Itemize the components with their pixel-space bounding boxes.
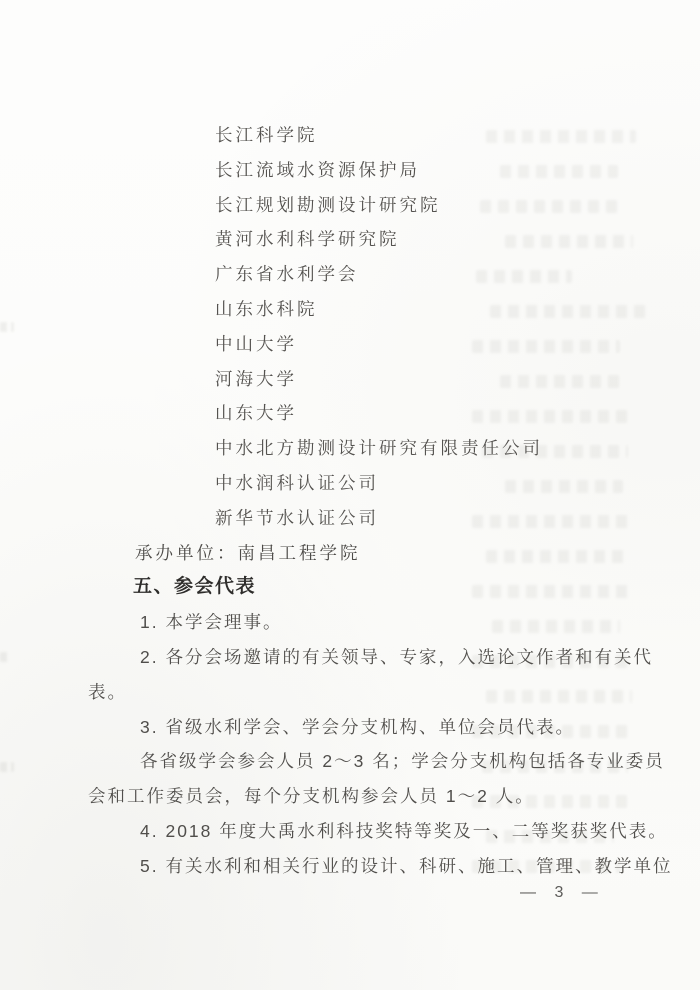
- text-line: 各省级学会参会人员 2～3 名；学会分支机构包括各专业委员: [0, 744, 700, 779]
- page-number: — 3 —: [520, 884, 605, 902]
- organization-line: 山东大学: [0, 396, 700, 431]
- text-line: 表。: [0, 675, 700, 710]
- text-line: 3. 省级水利学会、学会分支机构、单位会员代表。: [0, 710, 700, 745]
- text-line: 2. 各分会场邀请的有关领导、专家，入选论文作者和有关代: [0, 640, 700, 675]
- organization-line: 长江流域水资源保护局: [0, 153, 700, 188]
- organization-line: 新华节水认证公司: [0, 501, 700, 536]
- text-line: 4. 2018 年度大禹水利科技奖特等奖及一、二等奖获奖代表。: [0, 814, 700, 849]
- organization-line: 广东省水利学会: [0, 257, 700, 292]
- organization-line: 中水润科认证公司: [0, 466, 700, 501]
- text-line: 会和工作委员会，每个分支机构参会人员 1～2 人。: [0, 779, 700, 814]
- organization-line: 中水北方勘测设计研究有限责任公司: [0, 431, 700, 466]
- text-line: 1. 本学会理事。: [0, 605, 700, 640]
- scanned-document-page: 长江科学院长江流域水资源保护局长江规划勘测设计研究院黄河水利科学研究院广东省水利…: [0, 0, 700, 990]
- organization-line: 黄河水利科学研究院: [0, 222, 700, 257]
- text-line: 5. 有关水利和相关行业的设计、科研、施工、管理、教学单位: [0, 849, 700, 884]
- organization-line: 河海大学: [0, 362, 700, 397]
- organization-line: 中山大学: [0, 327, 700, 362]
- organizer-line: 承办单位：南昌工程学院: [0, 536, 700, 571]
- section-heading: 五、参会代表: [0, 570, 700, 605]
- organization-line: 山东水科院: [0, 292, 700, 327]
- organization-line: 长江规划勘测设计研究院: [0, 188, 700, 223]
- organization-line: 长江科学院: [0, 118, 700, 153]
- document-body: 长江科学院长江流域水资源保护局长江规划勘测设计研究院黄河水利科学研究院广东省水利…: [0, 118, 700, 884]
